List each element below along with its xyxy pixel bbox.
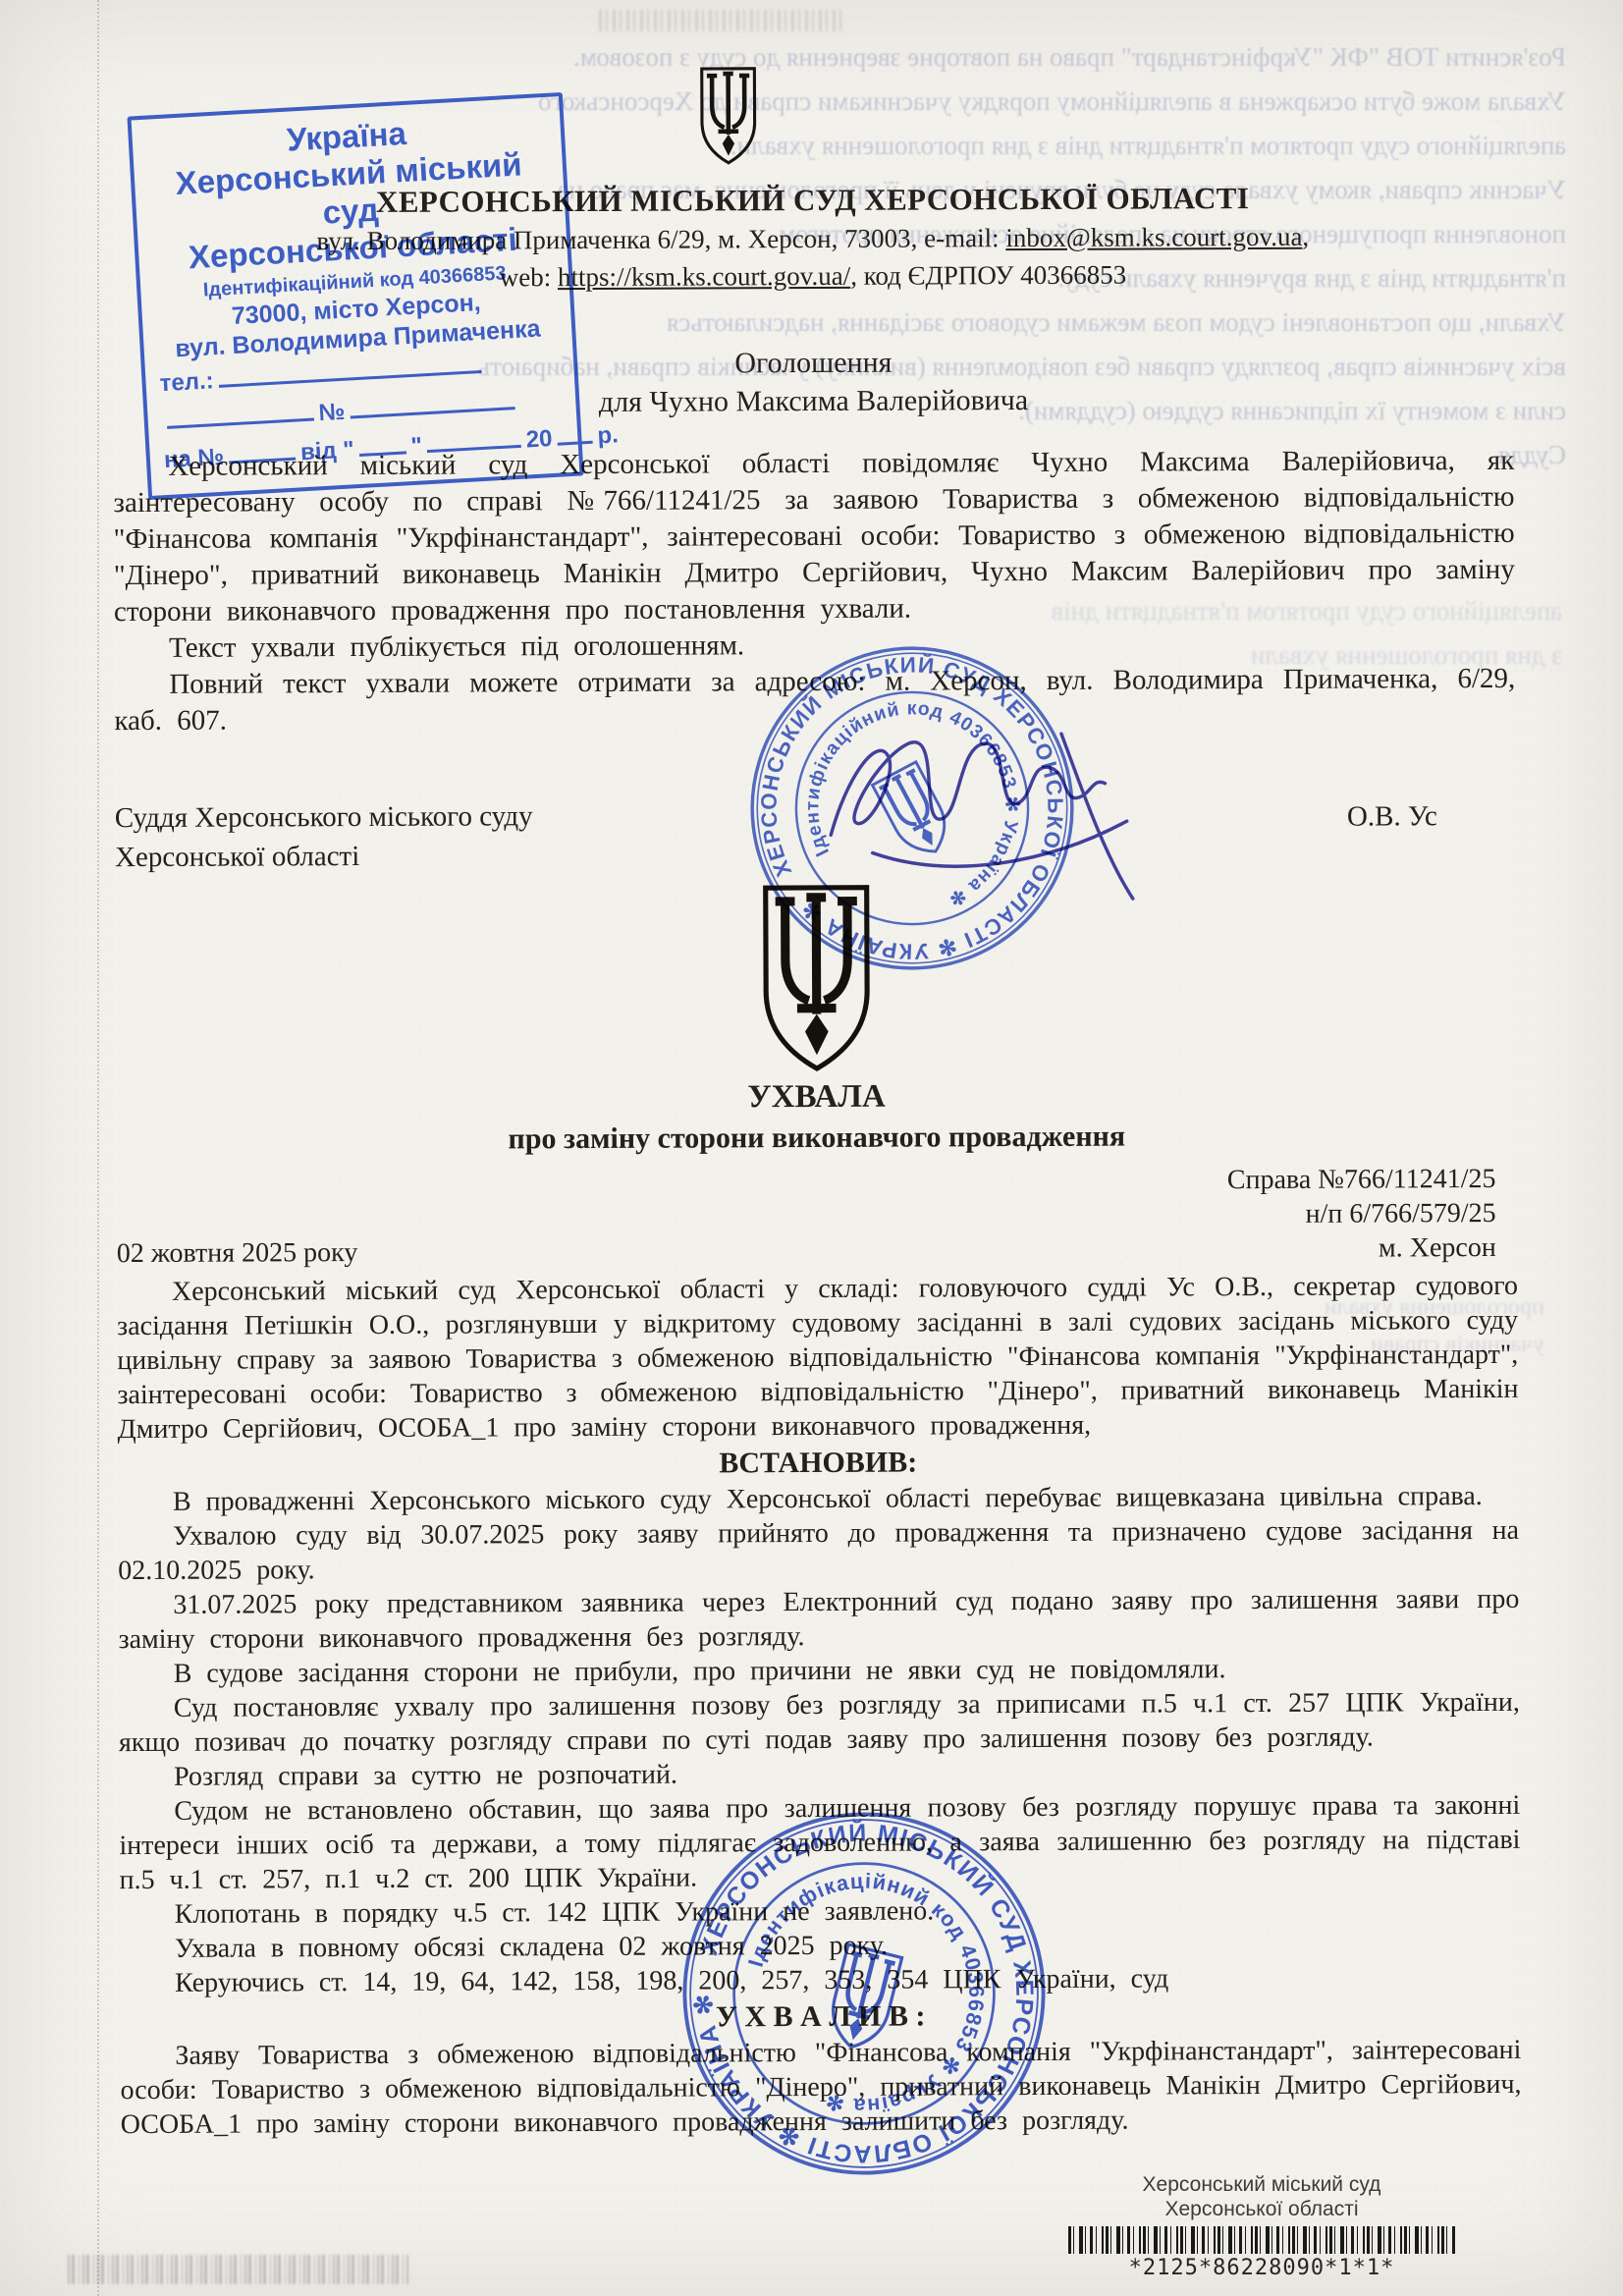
court-email: inbox@ksm.ks.court.gov.ua — [1005, 222, 1302, 252]
case-info-block: Справа №766/11241/25 н/п 6/766/579/25 02… — [116, 1162, 1517, 1271]
stamp-border: Україна Херсонський міський суд Херсонсь… — [127, 92, 583, 500]
stamp-quote-label: " — [410, 432, 423, 460]
ruling-subtitle: про заміну сторони виконавчого проваджен… — [116, 1117, 1517, 1160]
stamp-na-no-label: на № — [163, 444, 225, 473]
stamp-tel-label: тел.: — [159, 367, 214, 397]
judge-title-line1: Суддя Херсонського міського суду — [115, 796, 533, 838]
stamp-vid-label: від " — [299, 436, 354, 465]
document-barcode — [1068, 2226, 1455, 2254]
ruling-paragraph: Суд постановляє ухвалу про залишення поз… — [119, 1685, 1520, 1760]
ruling-intro-paragraph: Херсонський міський суд Херсонської обла… — [117, 1269, 1519, 1447]
stamp-r-label: р. — [597, 421, 620, 449]
ruling-title: УХВАЛА — [116, 1075, 1517, 1119]
ruling-date: 02 жовтня 2025 року — [117, 1235, 358, 1271]
trident-emblem-icon — [695, 65, 760, 167]
date-city-row: 02 жовтня 2025 року м. Херсон — [117, 1230, 1518, 1271]
judge-title-line2: Херсонської області — [115, 836, 533, 877]
footer-court-line1: Херсонський міський суд — [1031, 2172, 1492, 2197]
judge-name: О.В. Ус — [1347, 793, 1516, 872]
bleed-through-barcode — [65, 2255, 408, 2284]
barcode-number: *2125*86228090*1*1* — [1031, 2256, 1492, 2280]
announcement-paragraph: Текст ухвали публікується під оголошення… — [114, 625, 1515, 667]
ruling-city: м. Херсон — [1379, 1230, 1496, 1266]
judge-title: Суддя Херсонського міського суду Херсонс… — [115, 796, 533, 877]
ruling-paragraph: 31.07.2025 року представником заявника ч… — [118, 1582, 1519, 1657]
established-heading: ВСТАНОВИВ: — [118, 1442, 1519, 1484]
ruling-paragraph: Ухвалою суду від 30.07.2025 року заяву п… — [118, 1513, 1519, 1588]
stamp-year-label: 20 — [525, 425, 553, 453]
web-suffix: , код ЄДРПОУ 40366853 — [850, 260, 1126, 291]
stamp-blank-line — [556, 417, 592, 446]
stamp-blank-line — [228, 434, 296, 465]
court-registration-stamp: Україна Херсонський міський суд Херсонсь… — [127, 92, 583, 500]
judge-pen-signature — [813, 703, 1151, 913]
court-website: https://ksm.ks.court.gov.ua/ — [558, 261, 850, 292]
address-comma: , — [1302, 222, 1309, 251]
stamp-no-label: № — [318, 399, 346, 426]
scanned-court-document: Роз'яснити ТОВ "ФК "Укрфінстандарт" прав… — [0, 0, 1623, 2296]
footer-court-line2: Херсонської області — [1031, 2197, 1492, 2221]
stamp-blank-line — [426, 421, 521, 453]
seal-trident-icon — [825, 1944, 902, 2053]
footer-barcode-block: Херсонський міський суд Херсонської обла… — [1031, 2172, 1492, 2280]
stamp-blank-line — [358, 427, 406, 457]
proceeding-number: н/п 6/766/579/25 — [117, 1196, 1518, 1236]
